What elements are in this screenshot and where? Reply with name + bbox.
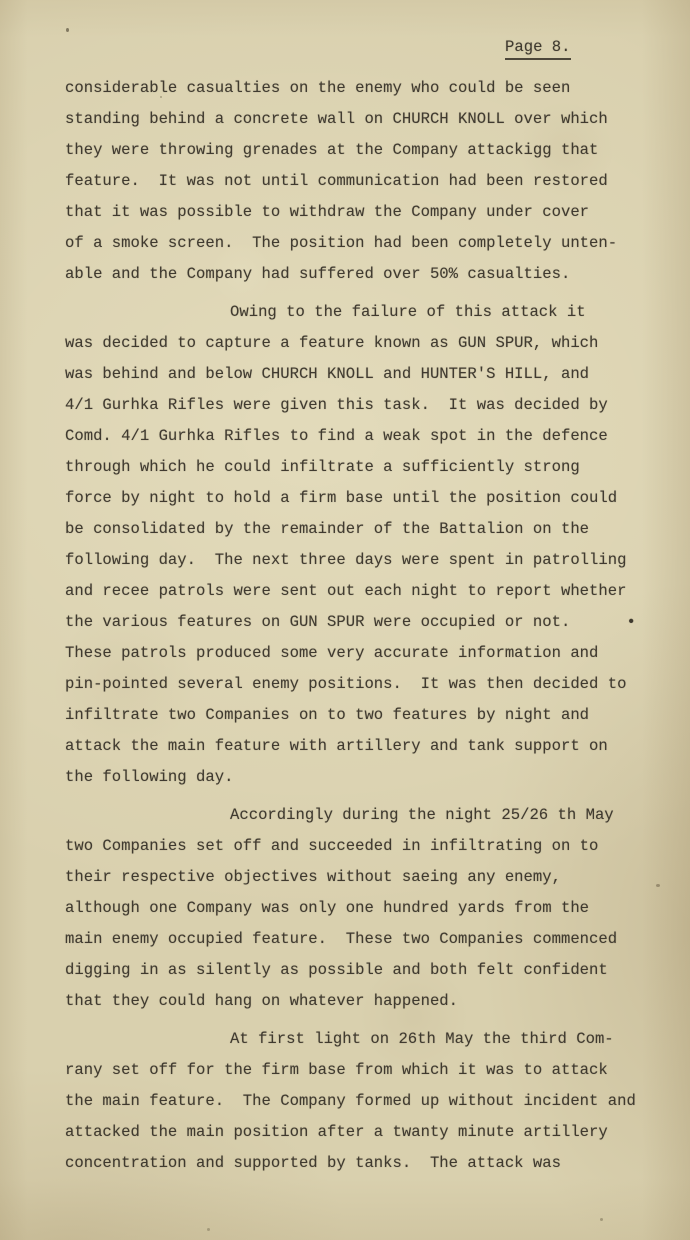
text-line: feature. It was not until communication …	[65, 166, 690, 197]
text-line: the following day.	[65, 762, 690, 793]
ink-speck	[207, 1228, 210, 1231]
text-line: attack the main feature with artillery a…	[65, 731, 690, 762]
text-line: two Companies set off and succeeded in i…	[65, 831, 690, 862]
text-line: their respective objectives without saei…	[65, 862, 690, 893]
text-line: the various features on GUN SPUR were oc…	[65, 607, 690, 638]
text-line: standing behind a concrete wall on CHURC…	[65, 104, 690, 135]
document-page: Page 8. considerable casualties on the e…	[0, 0, 690, 1240]
text-line: following day. The next three days were …	[65, 545, 690, 576]
text-line: concentration and supported by tanks. Th…	[65, 1148, 690, 1179]
text-line: These patrols produced some very accurat…	[65, 638, 690, 669]
text-line: through which he could infiltrate a suff…	[65, 452, 690, 483]
text-line: force by night to hold a firm base until…	[65, 483, 690, 514]
text-line: main enemy occupied feature. These two C…	[65, 924, 690, 955]
paragraph-3: Accordingly during the night 25/26 th Ma…	[65, 800, 690, 1017]
text-line: was decided to capture a feature known a…	[65, 328, 690, 359]
ink-speck	[600, 1218, 603, 1221]
text-line: be consolidated by the remainder of the …	[65, 514, 690, 545]
paragraph-2: Owing to the failure of this attack it w…	[65, 297, 690, 793]
text-line: that it was possible to withdraw the Com…	[65, 197, 690, 228]
text-line: Accordingly during the night 25/26 th Ma…	[65, 800, 690, 831]
text-line: considerable casualties on the enemy who…	[65, 73, 690, 104]
text-line: 4/1 Gurhka Rifles were given this task. …	[65, 390, 690, 421]
text-line: Owing to the failure of this attack it	[65, 297, 690, 328]
text-line: attacked the main position after a twant…	[65, 1117, 690, 1148]
page-number-header: Page 8.	[505, 36, 571, 60]
text-line: of a smoke screen. The position had been…	[65, 228, 690, 259]
text-line: digging in as silently as possible and b…	[65, 955, 690, 986]
paragraph-4: At first light on 26th May the third Com…	[65, 1024, 690, 1179]
text-line: infiltrate two Companies on to two featu…	[65, 700, 690, 731]
text-line: rany set off for the firm base from whic…	[65, 1055, 690, 1086]
text-line: that they could hang on whatever happene…	[65, 986, 690, 1017]
page-content: Page 8. considerable casualties on the e…	[0, 0, 690, 1179]
text-line: and recee patrols were sent out each nig…	[65, 576, 690, 607]
text-line: At first light on 26th May the third Com…	[65, 1024, 690, 1055]
text-line: Comd. 4/1 Gurhka Rifles to find a weak s…	[65, 421, 690, 452]
text-line: the main feature. The Company formed up …	[65, 1086, 690, 1117]
text-line: pin-pointed several enemy positions. It …	[65, 669, 690, 700]
text-line: although one Company was only one hundre…	[65, 893, 690, 924]
text-line: was behind and below CHURCH KNOLL and HU…	[65, 359, 690, 390]
text-line: they were throwing grenades at the Compa…	[65, 135, 690, 166]
text-line: able and the Company had suffered over 5…	[65, 259, 690, 290]
paragraph-1: considerable casualties on the enemy who…	[65, 73, 690, 290]
